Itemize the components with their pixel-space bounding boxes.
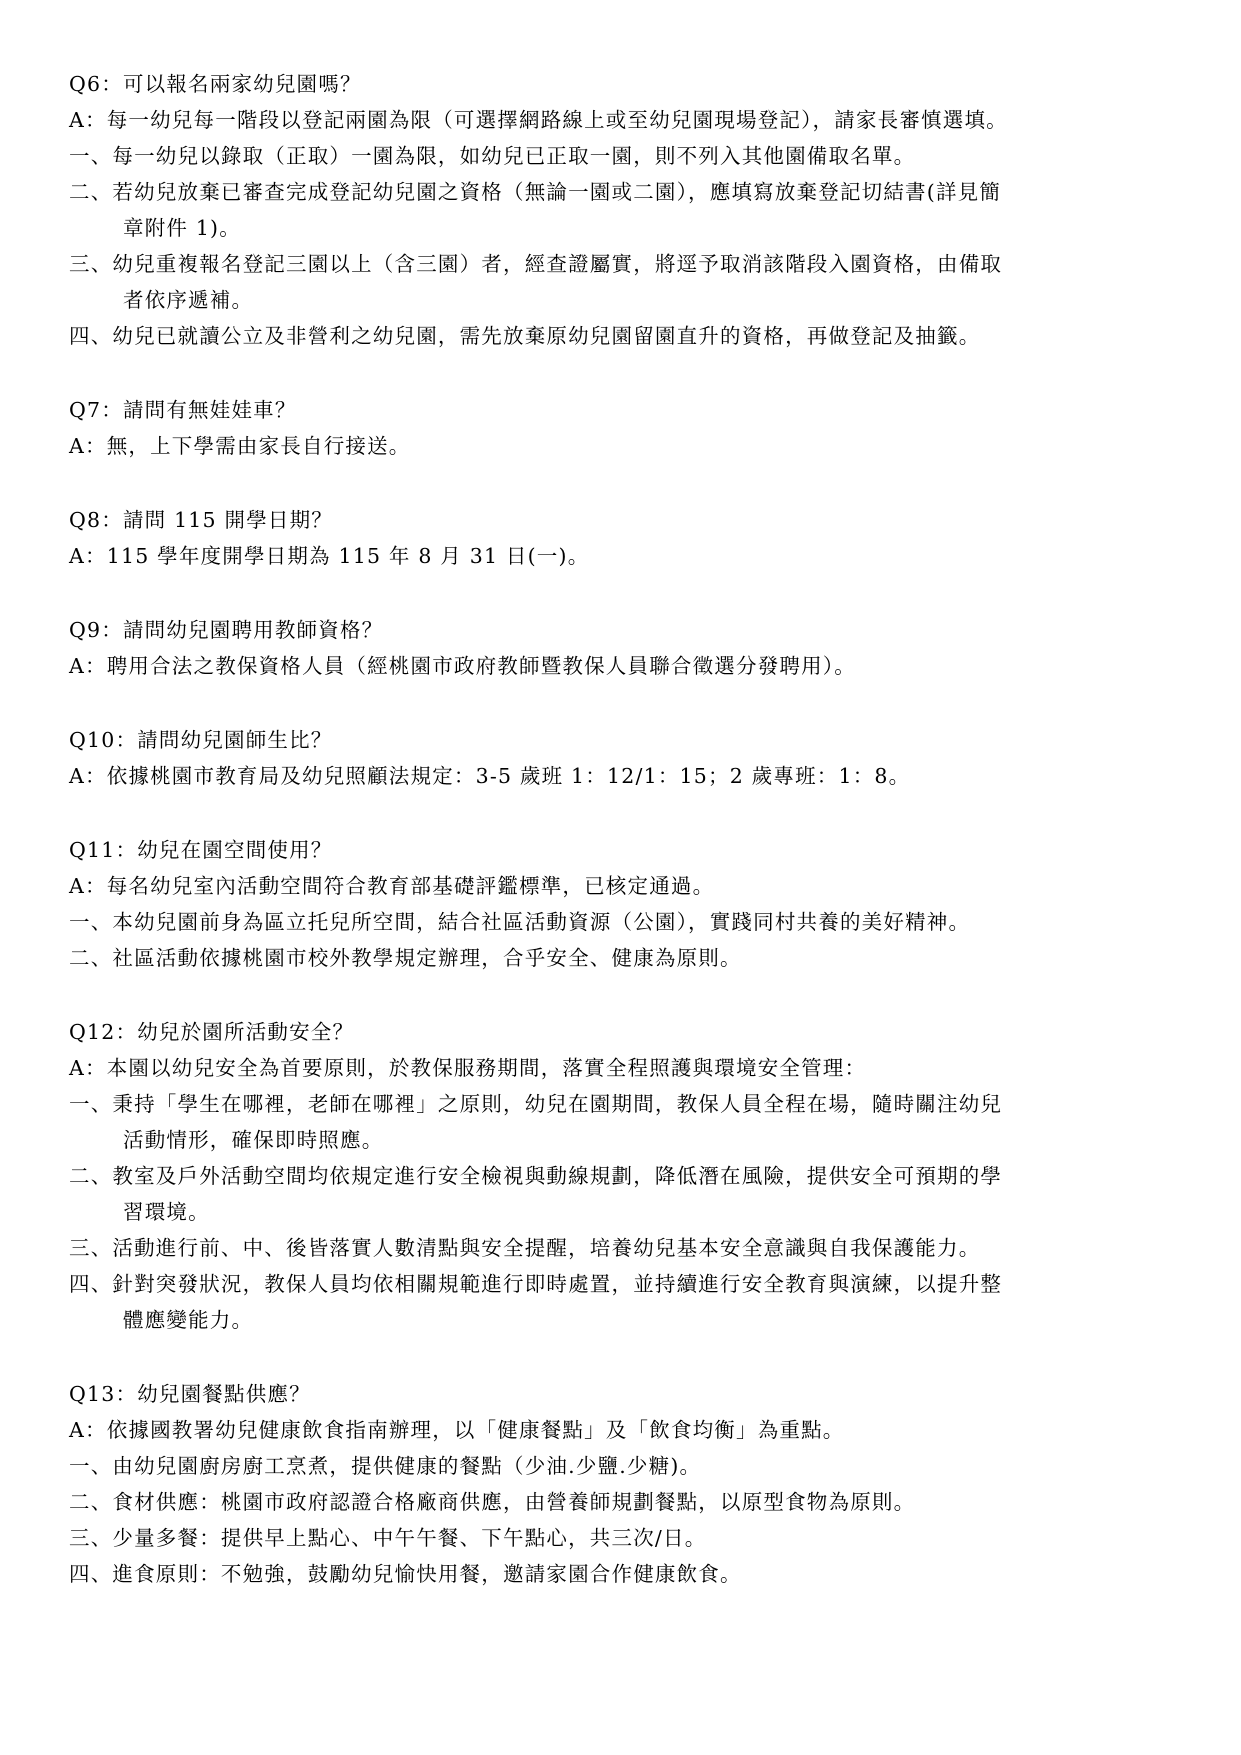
faq-q10: Q10：請問幼兒園師生比？ A：依據桃園市教育局及幼兒照顧法規定：3-5 歲班 … — [69, 722, 1169, 794]
faq-q8: Q8：請問 115 開學日期？ A：115 學年度開學日期為 115 年 8 月… — [69, 502, 1169, 574]
answer-item-continuation: 者依序遞補。 — [69, 282, 1169, 318]
answer-item: 二、食材供應：桃園市政府認證合格廠商供應，由營養師規劃餐點，以原型食物為原則。 — [69, 1484, 1169, 1520]
question-q6: Q6：可以報名兩家幼兒園嗎？ — [69, 66, 1169, 102]
question-q13: Q13：幼兒園餐點供應？ — [69, 1376, 1169, 1412]
section-spacer — [69, 794, 1169, 832]
answer-item: 三、幼兒重複報名登記三園以上（含三園）者，經查證屬實，將逕予取消該階段入園資格，… — [69, 246, 1169, 282]
answer-item-continuation: 習環境。 — [69, 1194, 1169, 1230]
question-q10: Q10：請問幼兒園師生比？ — [69, 722, 1169, 758]
answer-item: 一、每一幼兒以錄取（正取）一園為限，如幼兒已正取一園，則不列入其他園備取名單。 — [69, 138, 1169, 174]
answer-item: 一、由幼兒園廚房廚工烹煮，提供健康的餐點（少油.少鹽.少糖)。 — [69, 1448, 1169, 1484]
answer-q12: A：本園以幼兒安全為首要原則，於教保服務期間，落實全程照護與環境安全管理： — [69, 1050, 1169, 1086]
answer-item: 三、活動進行前、中、後皆落實人數清點與安全提醒，培養幼兒基本安全意識與自我保護能… — [69, 1230, 1169, 1266]
question-q7: Q7：請問有無娃娃車？ — [69, 392, 1169, 428]
answer-q13: A：依據國教署幼兒健康飲食指南辦理，以「健康餐點」及「飲食均衡」為重點。 — [69, 1412, 1169, 1448]
question-q11: Q11：幼兒在園空間使用？ — [69, 832, 1169, 868]
answer-q7: A：無，上下學需由家長自行接送。 — [69, 428, 1169, 464]
answer-item: 四、針對突發狀況，教保人員均依相關規範進行即時處置，並持續進行安全教育與演練，以… — [69, 1266, 1169, 1302]
answer-q9: A：聘用合法之教保資格人員（經桃園市政府教師暨教保人員聯合徵選分發聘用）。 — [69, 648, 1169, 684]
answer-item-continuation: 體應變能力。 — [69, 1302, 1169, 1338]
section-spacer — [69, 574, 1169, 612]
answer-q10: A：依據桃園市教育局及幼兒照顧法規定：3-5 歲班 1：12/1：15；2 歲專… — [69, 758, 1169, 794]
question-q8: Q8：請問 115 開學日期？ — [69, 502, 1169, 538]
section-spacer — [69, 354, 1169, 392]
answer-item: 二、教室及戶外活動空間均依規定進行安全檢視與動線規劃，降低潛在風險，提供安全可預… — [69, 1158, 1169, 1194]
answer-item: 二、若幼兒放棄已審查完成登記幼兒園之資格（無論一園或二園），應填寫放棄登記切結書… — [69, 174, 1169, 210]
answer-item: 二、社區活動依據桃園市校外教學規定辦理，合乎安全、健康為原則。 — [69, 940, 1169, 976]
answer-item: 四、進食原則：不勉強，鼓勵幼兒愉快用餐，邀請家園合作健康飲食。 — [69, 1556, 1169, 1592]
section-spacer — [69, 1338, 1169, 1376]
faq-q12: Q12：幼兒於園所活動安全？ A：本園以幼兒安全為首要原則，於教保服務期間，落實… — [69, 1014, 1169, 1338]
faq-q11: Q11：幼兒在園空間使用？ A：每名幼兒室內活動空間符合教育部基礎評鑑標準，已核… — [69, 832, 1169, 976]
section-spacer — [69, 976, 1169, 1014]
section-spacer — [69, 464, 1169, 502]
faq-q7: Q7：請問有無娃娃車？ A：無，上下學需由家長自行接送。 — [69, 392, 1169, 464]
answer-q6: A：每一幼兒每一階段以登記兩園為限（可選擇網路線上或至幼兒園現場登記），請家長審… — [69, 102, 1169, 138]
answer-item: 三、少量多餐：提供早上點心、中午午餐、下午點心，共三次/日。 — [69, 1520, 1169, 1556]
answer-item-continuation: 章附件 1)。 — [69, 210, 1169, 246]
answer-item: 一、本幼兒園前身為區立托兒所空間，結合社區活動資源（公園），實踐同村共養的美好精… — [69, 904, 1169, 940]
question-q12: Q12：幼兒於園所活動安全？ — [69, 1014, 1169, 1050]
section-spacer — [69, 684, 1169, 722]
faq-q6: Q6：可以報名兩家幼兒園嗎？ A：每一幼兒每一階段以登記兩園為限（可選擇網路線上… — [69, 66, 1169, 354]
answer-q11: A：每名幼兒室內活動空間符合教育部基礎評鑑標準，已核定通過。 — [69, 868, 1169, 904]
answer-item: 一、秉持「學生在哪裡，老師在哪裡」之原則，幼兒在園期間，教保人員全程在場，隨時關… — [69, 1086, 1169, 1122]
answer-item: 四、幼兒已就讀公立及非營利之幼兒園，需先放棄原幼兒園留園直升的資格，再做登記及抽… — [69, 318, 1169, 354]
document-page: Q6：可以報名兩家幼兒園嗎？ A：每一幼兒每一階段以登記兩園為限（可選擇網路線上… — [69, 66, 1169, 1592]
faq-q13: Q13：幼兒園餐點供應？ A：依據國教署幼兒健康飲食指南辦理，以「健康餐點」及「… — [69, 1376, 1169, 1592]
answer-q8: A：115 學年度開學日期為 115 年 8 月 31 日(一)。 — [69, 538, 1169, 574]
answer-item-continuation: 活動情形，確保即時照應。 — [69, 1122, 1169, 1158]
question-q9: Q9：請問幼兒園聘用教師資格？ — [69, 612, 1169, 648]
faq-q9: Q9：請問幼兒園聘用教師資格？ A：聘用合法之教保資格人員（經桃園市政府教師暨教… — [69, 612, 1169, 684]
